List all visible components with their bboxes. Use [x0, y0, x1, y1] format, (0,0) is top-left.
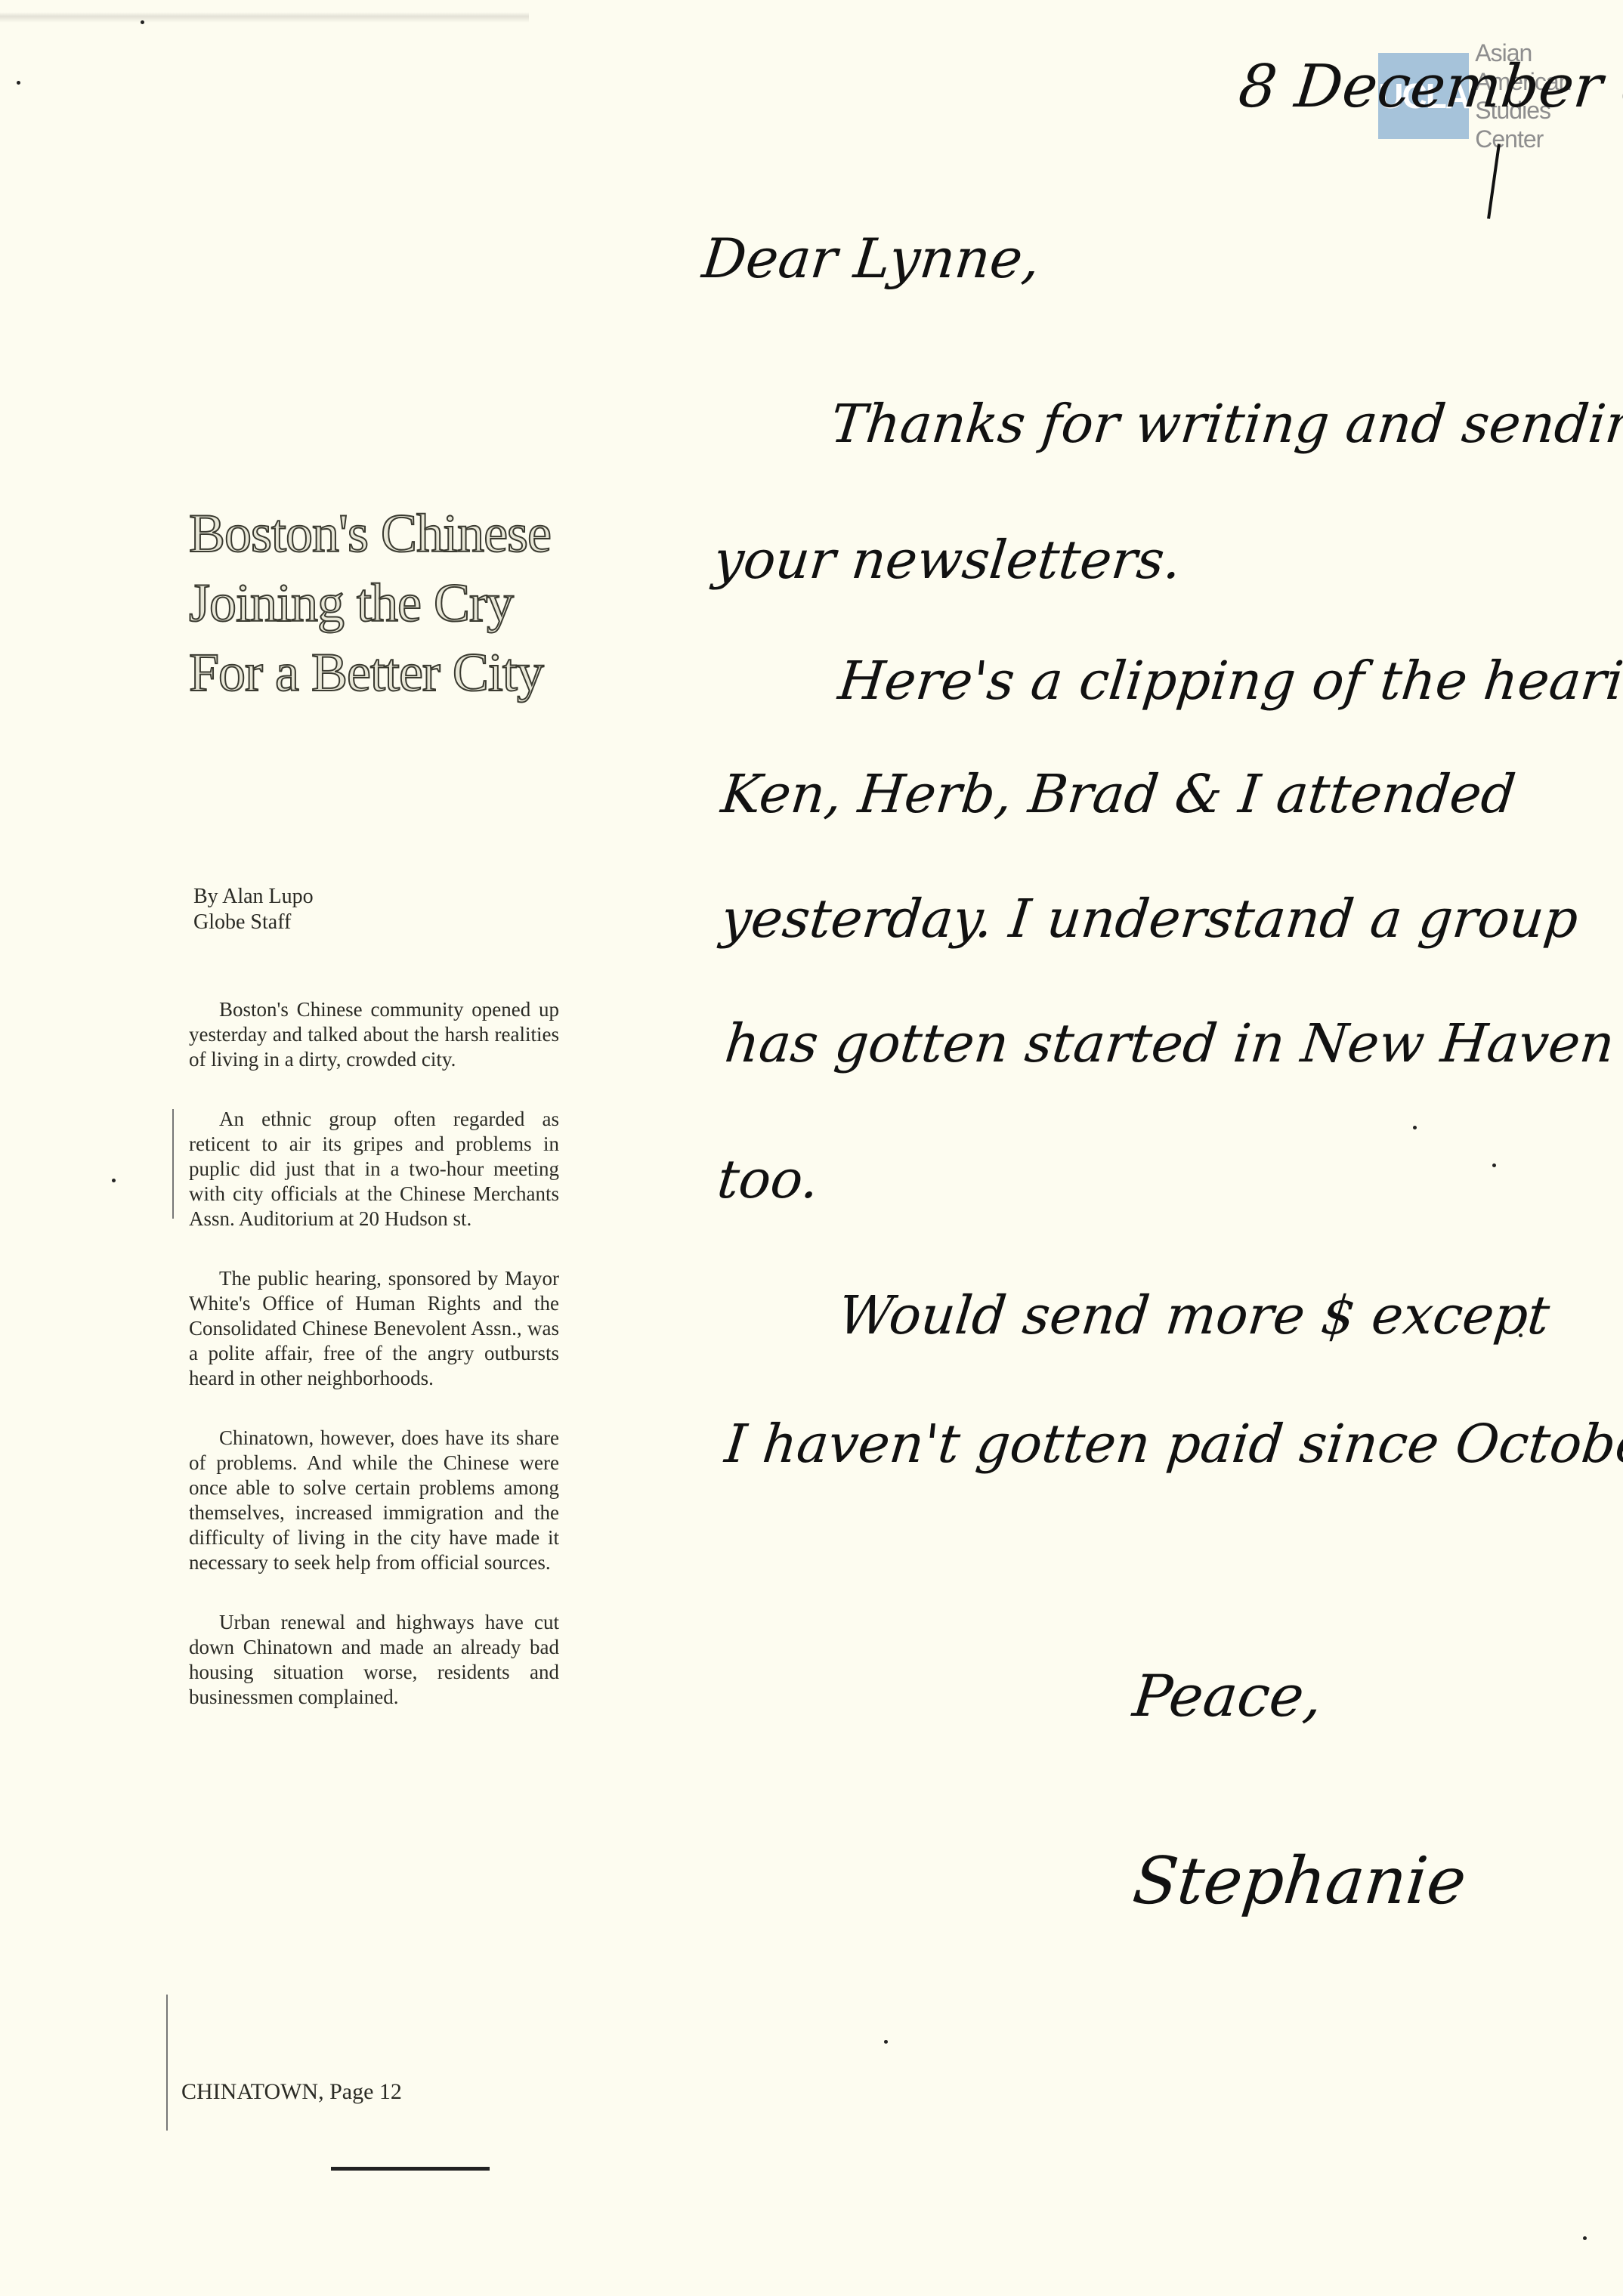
scan-speck	[141, 20, 144, 24]
article-byline: By Alan Lupo Globe Staff	[193, 884, 314, 935]
scanned-letter-page: UCLA Asian American Studies Center Bosto…	[0, 0, 1623, 2296]
scan-speck	[1492, 1163, 1496, 1167]
letter-line: Ken, Herb, Brad & I attended	[719, 763, 1519, 825]
pen-stroke	[1487, 144, 1501, 219]
paper-edge-shadow	[0, 12, 529, 23]
newspaper-headline: Boston's Chinese Joining the Cry For a B…	[189, 499, 567, 707]
letter-salutation: Dear Lynne,	[700, 227, 1043, 290]
letter-line: Would send more $ except	[836, 1284, 1553, 1346]
letter-line: has gotten started in New Haven	[722, 1012, 1618, 1074]
scan-speck	[17, 81, 20, 85]
headline-line-3: For a Better City	[189, 638, 567, 707]
letter-line: your newsletters.	[711, 529, 1185, 591]
byline-author: By Alan Lupo	[193, 884, 314, 910]
column-rule	[166, 1995, 168, 2131]
letter-line: yesterday. I understand a group	[719, 888, 1581, 950]
scan-speck	[884, 2040, 888, 2044]
letter-line: I haven't gotten paid since October.	[722, 1413, 1623, 1475]
headline-line-2: Joining the Cry	[189, 568, 567, 638]
letter-line: Thanks for writing and sending	[828, 393, 1623, 455]
scan-speck	[1583, 2236, 1587, 2240]
clipping-rule	[331, 2167, 490, 2171]
article-paragraph: Boston's Chinese community opened up yes…	[189, 997, 559, 1072]
scan-speck	[1519, 1333, 1523, 1337]
byline-staff: Globe Staff	[193, 910, 314, 935]
article-continuation: CHINATOWN, Page 12	[181, 2079, 402, 2105]
letter-line: too.	[715, 1148, 822, 1210]
letter-date: 8 December 69	[1235, 53, 1623, 121]
scan-speck	[112, 1179, 116, 1182]
letter-signature: Stephanie	[1130, 1843, 1470, 1919]
letter-closing: Peace,	[1130, 1662, 1325, 1729]
column-rule	[172, 1109, 174, 1219]
headline-line-1: Boston's Chinese	[189, 499, 567, 568]
letter-line: Here's a clipping of the hearing	[836, 650, 1623, 712]
scan-speck	[1413, 1126, 1417, 1129]
article-paragraph: The public hearing, sponsored by Mayor W…	[189, 1266, 559, 1391]
article-paragraph: Urban renewal and highways have cut down…	[189, 1610, 559, 1710]
article-paragraph: An ethnic group often regarded as retice…	[189, 1107, 559, 1231]
article-paragraph: Chinatown, however, does have its share …	[189, 1426, 559, 1575]
article-body: Boston's Chinese community opened up yes…	[189, 997, 559, 1744]
